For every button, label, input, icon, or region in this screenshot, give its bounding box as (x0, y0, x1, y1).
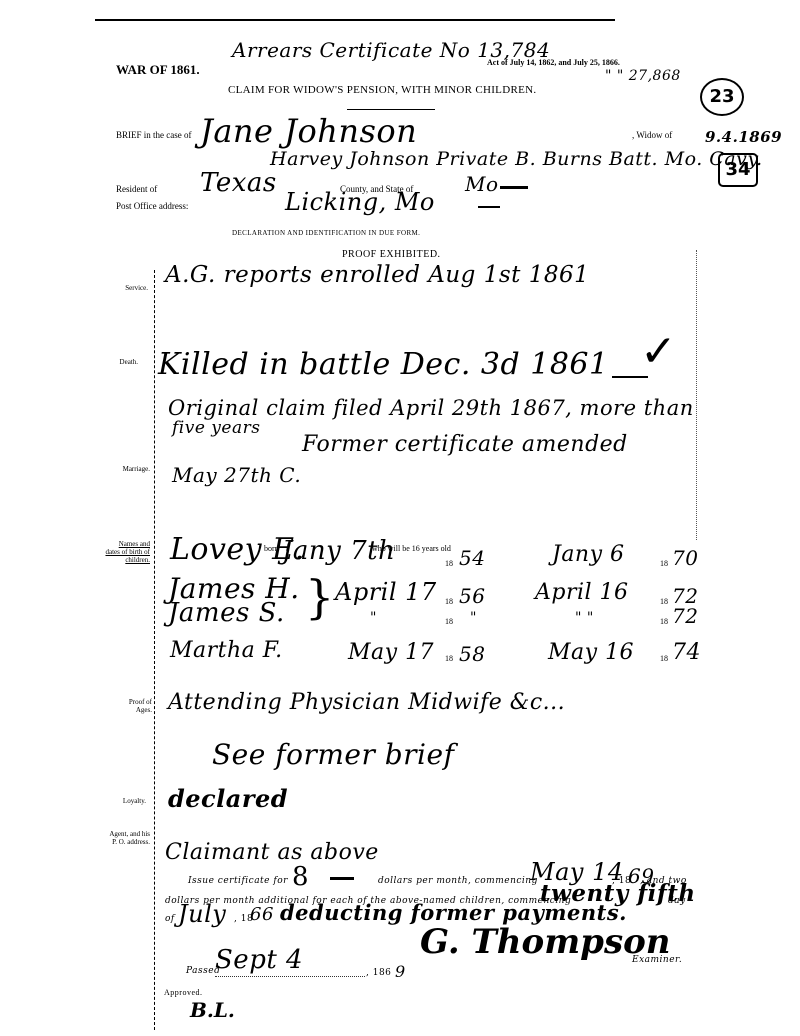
amount-dash (330, 877, 354, 880)
passed-year-prefix: , 186 (366, 968, 391, 978)
widow-of-label: , Widow of (632, 130, 672, 140)
arrears-note-2: " " 27,868 (605, 68, 681, 84)
examiner-label: Examiner. (632, 955, 682, 965)
year-prefix: 18 (660, 617, 668, 626)
child-birth-year: " (470, 610, 477, 626)
death-text: Killed in battle Dec. 3d 1861 (158, 347, 609, 382)
agent-text: Claimant as above (165, 840, 379, 865)
service-label: Service. (108, 284, 148, 292)
child-turns-16: " " (575, 610, 594, 626)
circled-number: 23 (700, 78, 744, 116)
left-margin-line (154, 270, 155, 1030)
month-value: July (178, 900, 226, 928)
child-birth-year: 54 (459, 546, 485, 570)
year-prefix: 18 (445, 654, 453, 663)
child-birth-year: 58 (459, 642, 485, 666)
child-16-year: 70 (672, 546, 698, 570)
child-16-year: 72 (672, 604, 698, 628)
proof-heading: PROOF EXHIBITED. (342, 249, 441, 260)
claimant-name: Jane Johnson (200, 112, 417, 150)
child-born: Jany 7th (282, 536, 395, 566)
child-name: James S. (168, 598, 285, 628)
child-16-year: 74 (672, 640, 701, 665)
issue-line2-post: day (668, 896, 686, 906)
marriage-text: May 27th C. (172, 463, 301, 487)
loyalty-label: Loyalty. (108, 797, 146, 805)
agent-label: Agent, and his P. O. address. (108, 830, 150, 846)
children-label: Names and dates of birth of children. (104, 540, 150, 564)
form-title: CLAIM FOR WIDOW'S PENSION, WITH MINOR CH… (228, 84, 536, 96)
year-prefix: 18 (660, 654, 668, 663)
child-born: " (370, 610, 377, 626)
year-prefix: 18 (445, 597, 453, 606)
death-label: Death. (108, 358, 138, 366)
child-turns-16: May 16 (548, 640, 634, 665)
brief-label: BRIEF in the case of (116, 130, 192, 140)
passed-dotted-line (215, 976, 365, 977)
approved-label: Approved. (164, 988, 203, 997)
post-office-dash (478, 206, 500, 208)
state-dash (500, 186, 528, 189)
year-prefix: 18 (445, 617, 453, 626)
issue-amount: 8 (292, 862, 309, 892)
war-label: WAR OF 1861. (116, 62, 200, 78)
proof-of-ages-text: Attending Physician Midwife &c... (168, 690, 565, 715)
brace-icon: } (305, 570, 335, 624)
post-office-label: Post Office address: (116, 201, 188, 211)
issue-line1-pre: Issue certificate for (188, 876, 288, 886)
declaration-line: DECLARATION AND IDENTIFICATION IN DUE FO… (232, 229, 420, 237)
child-turns-16: April 16 (535, 580, 629, 605)
proof-of-ages-label: Proof of Ages. (112, 698, 152, 714)
right-margin-line (696, 250, 697, 540)
marriage-label: Marriage. (108, 465, 150, 473)
soldier-name: Harvey Johnson Private B. Burns Batt. Mo… (270, 148, 763, 170)
passed-date: Sept 4 (215, 945, 303, 975)
child-turns-16: Jany 6 (552, 542, 625, 567)
passed-year: 9 (395, 962, 406, 981)
title-underline (347, 109, 435, 110)
child-born: May 17 (348, 640, 434, 665)
year-prefix: 18 (660, 597, 668, 606)
year-prefix: 18 (660, 559, 668, 568)
issue-line1-mid: dollars per month, commencing (378, 876, 538, 886)
death-note-3: Former certificate amended (302, 432, 628, 457)
act-label: Act of July 14, 1862, and July 25, 1866. (487, 58, 620, 67)
loyalty-text: declared (168, 784, 288, 813)
top-rule (95, 19, 615, 21)
year-prefix: 18 (445, 559, 453, 568)
death-note-2: five years (172, 418, 260, 438)
post-office-value: Licking, Mo (285, 188, 435, 216)
approved-initials: B.L. (190, 998, 235, 1022)
issue-line3-pre: of (165, 914, 175, 924)
check-mark-icon: ✓ (640, 326, 677, 377)
see-former-brief: See former brief (212, 738, 454, 771)
child-name: Martha F. (170, 638, 283, 663)
death-note-1: Original claim filed April 29th 1867, mo… (168, 396, 694, 420)
state-value: Mo (465, 172, 499, 196)
resident-label: Resident of (116, 184, 157, 194)
child-birth-year: 56 (459, 584, 485, 608)
margin-date: 9.4.1869 (705, 128, 782, 146)
county-value: Texas (200, 168, 277, 198)
year-value: 66 (250, 904, 274, 925)
service-text: A.G. reports enrolled Aug 1st 1861 (165, 262, 589, 288)
child-born: April 17 (335, 578, 437, 606)
